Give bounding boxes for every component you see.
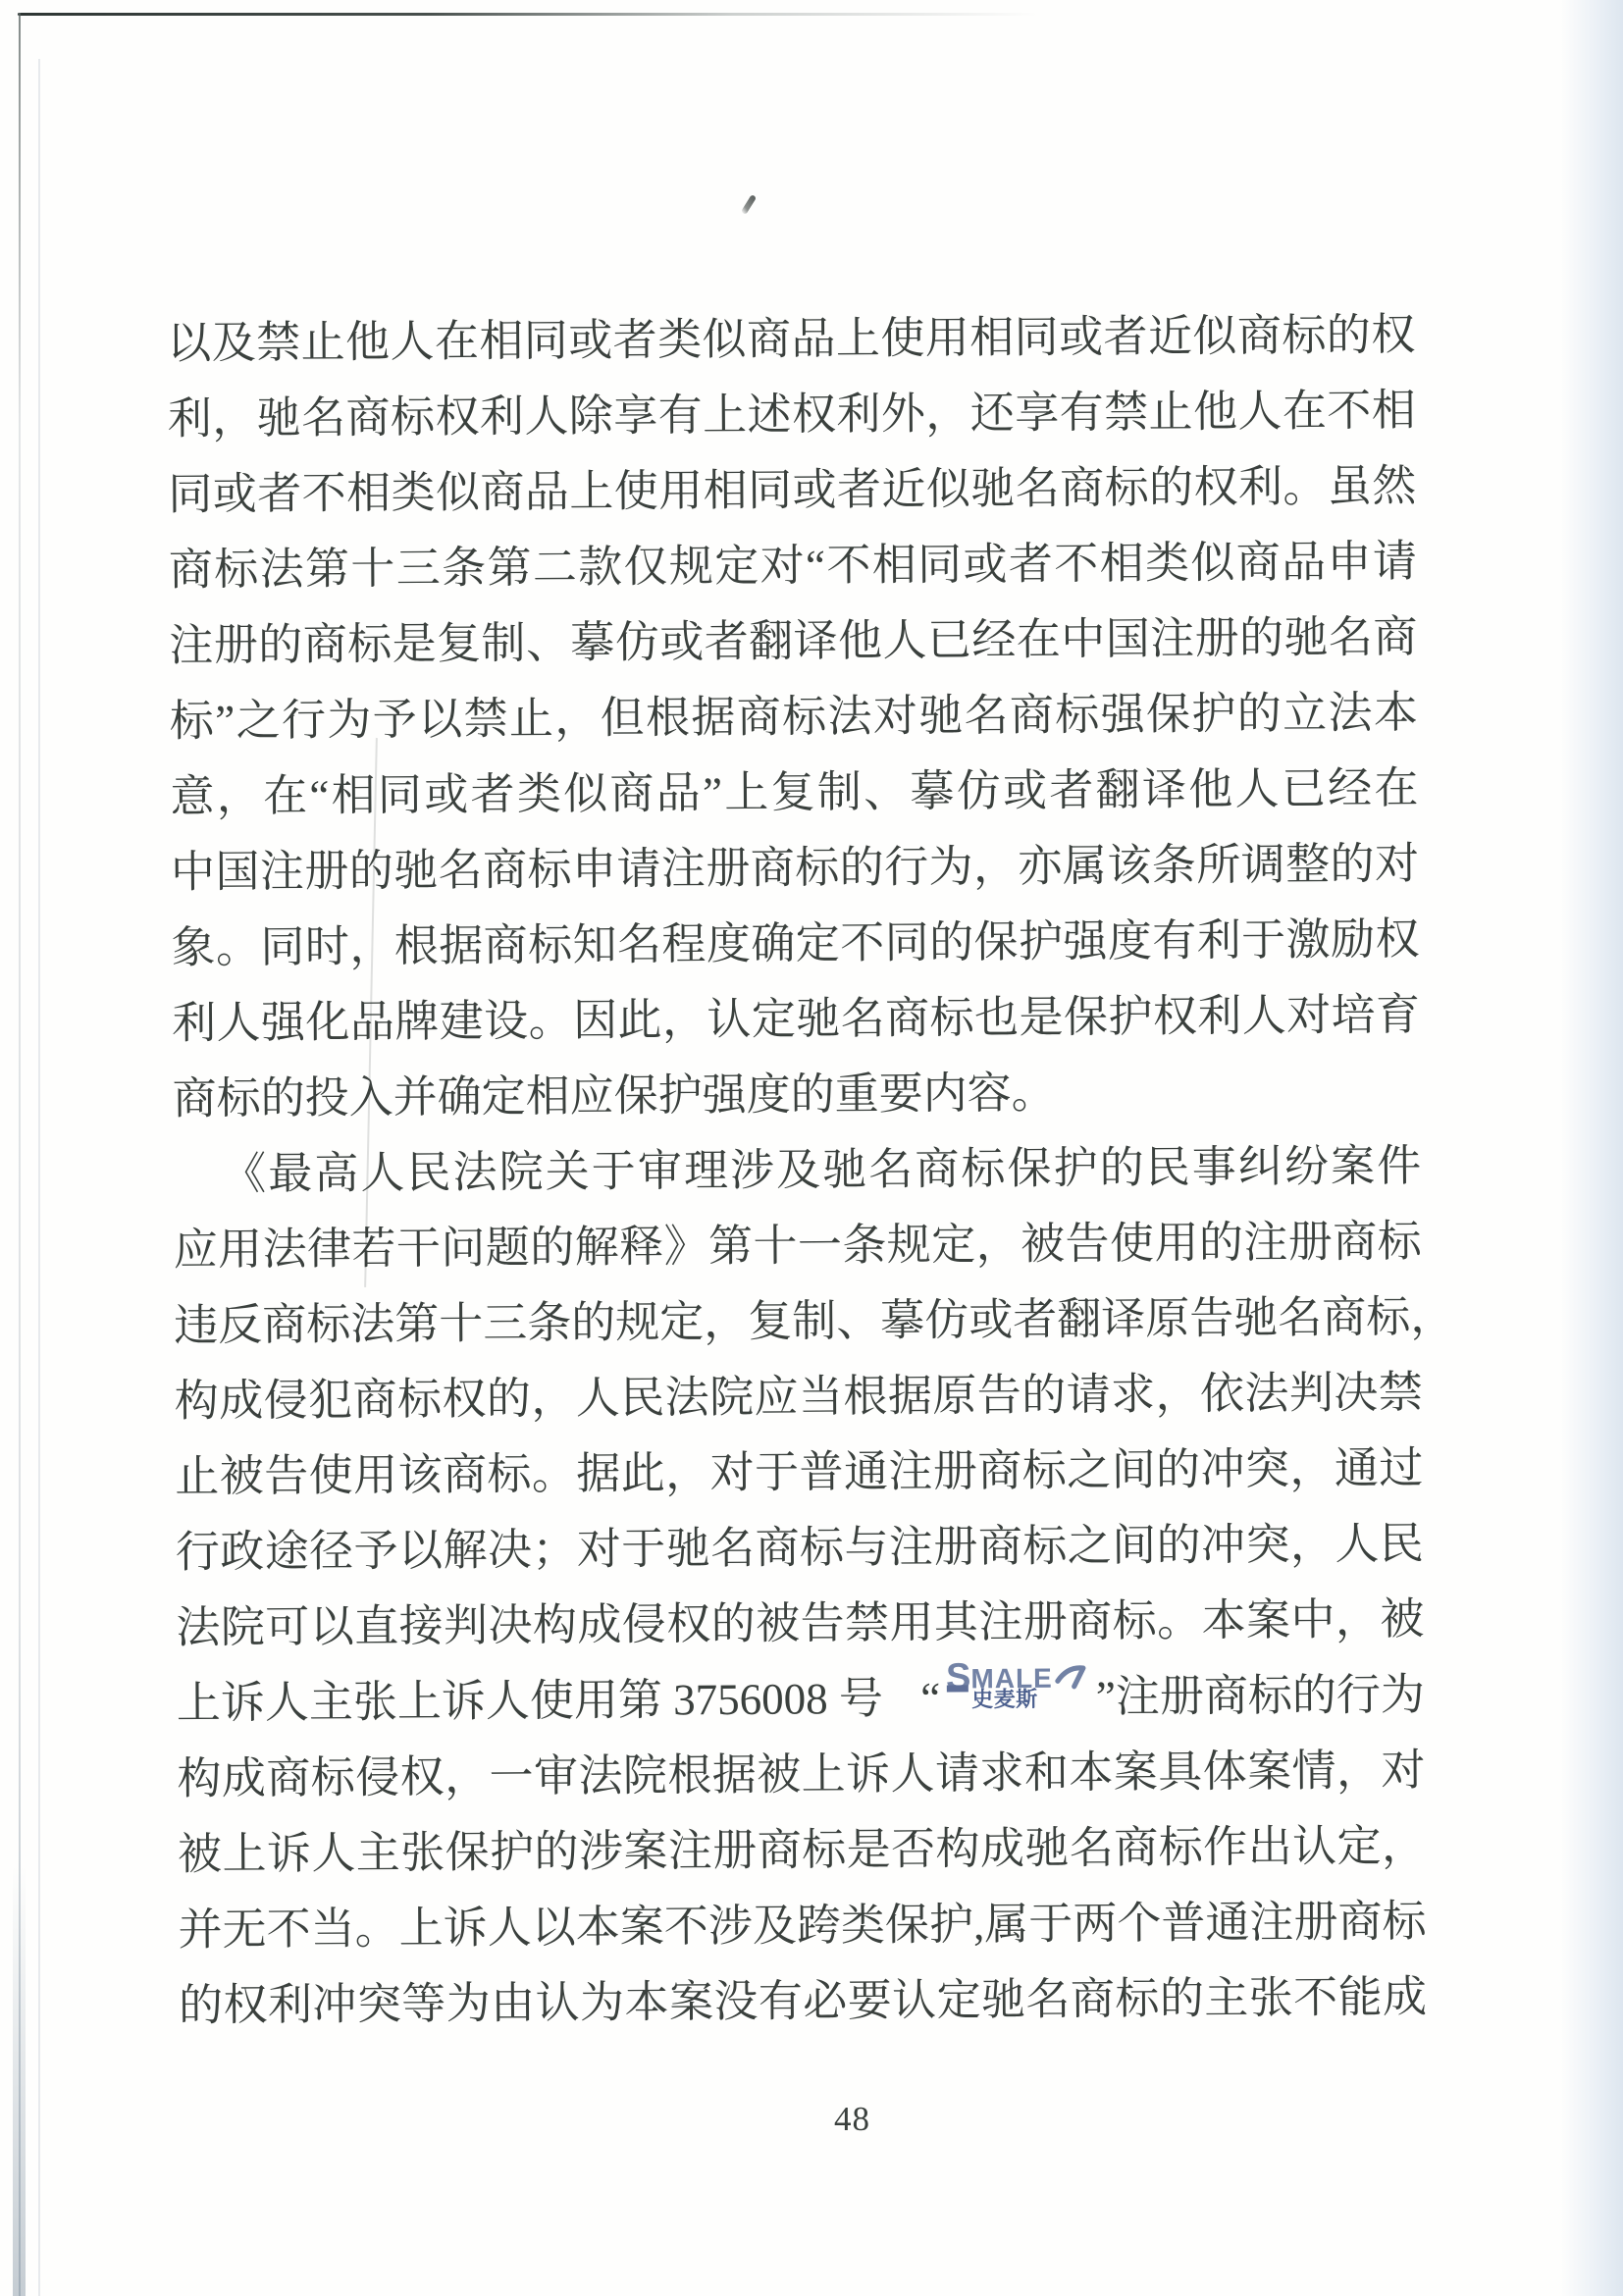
logo-cjk-text: 史麦斯 bbox=[971, 1689, 1038, 1710]
text-line: 商标的投入并确定相应保护强度的重要内容。 bbox=[172, 1053, 1421, 1137]
text-line: 构成侵犯商标权的，人民法院应当根据原告的请求，依法判决禁 bbox=[175, 1355, 1424, 1439]
trademark-group: “ SMALE 史麦斯 ” bbox=[920, 1659, 1116, 1736]
document-body: 以及禁止他人在相同或者类似商品上使用相同或者近似商标的权 利，驰名商标权利人除享… bbox=[167, 297, 1427, 2044]
text-line: 《最高人民法院关于审理涉及驰名商标保护的民事纠纷案件 bbox=[173, 1128, 1422, 1213]
pen-mark bbox=[741, 194, 757, 215]
text-line: 同或者不相类似商品上使用相同或者近似驰名商标的权利。虽然 bbox=[168, 448, 1417, 533]
text-line: 止被告使用该商标。据此，对于普通注册商标之间的冲突，通过 bbox=[175, 1431, 1424, 1515]
text-line: 法院可以直接判决构成侵权的被告禁用其注册商标。本案中，被 bbox=[176, 1582, 1425, 1666]
text-line: 注册的商标是复制、摹仿或者翻译他人已经在中国注册的驰名商 bbox=[169, 600, 1418, 684]
scanned-document-page: 以及禁止他人在相同或者类似商品上使用相同或者近似商标的权 利，驰名商标权利人除享… bbox=[0, 0, 1623, 2296]
text-line: 行政途径予以解决；对于驰名商标与注册商标之间的冲突，人民 bbox=[176, 1506, 1425, 1591]
text-line: 利，驰名商标权利人除享有上述权利外，还享有禁止他人在不相 bbox=[168, 373, 1417, 457]
line-text: 上诉人主张上诉人使用第 3756008 号 bbox=[177, 1661, 884, 1742]
logo-swoosh-icon bbox=[1055, 1661, 1090, 1689]
page-number: 48 bbox=[834, 2100, 893, 2139]
open-quote: “ bbox=[920, 1661, 941, 1737]
text-line: 象。同时，根据商标知名程度确定不同的保护强度有利于激励权 bbox=[171, 902, 1420, 986]
scan-top-edge-line bbox=[18, 13, 1038, 16]
text-line: 以及禁止他人在相同或者类似商品上使用相同或者近似商标的权 bbox=[167, 297, 1416, 382]
line-text: 注册商标的行为 bbox=[1116, 1657, 1426, 1735]
text-line: 商标法第十三条第二款仅规定对“不相同或者不相类似商品申请 bbox=[169, 524, 1418, 608]
text-line: 应用法律若干问题的解释》第十一条规定，被告使用的注册商标 bbox=[173, 1204, 1422, 1288]
scan-left-edge-line-faint bbox=[38, 59, 40, 2296]
text-line: 被上诉人主张保护的涉案注册商标是否构成驰名商标作出认定， bbox=[178, 1808, 1427, 1893]
text-line: 标”之行为予以禁止，但根据商标法对驰名商标强保护的立法本 bbox=[170, 675, 1419, 759]
text-line: 意，在“相同或者类似商品”上复制、摹仿或者翻译他人已经在 bbox=[170, 751, 1419, 835]
text-line: 利人强化品牌建设。因此，认定驰名商标也是保护权利人对培育 bbox=[172, 977, 1421, 1062]
text-line: 并无不当。上诉人以本案不涉及跨类保护,属于两个普通注册商标 bbox=[178, 1884, 1427, 1968]
text-line: 的权利冲突等为由认为本案没有必要认定驰名商标的主张不能成 bbox=[179, 1959, 1428, 2044]
logo-cjk-row: 史麦斯 bbox=[946, 1688, 1090, 1712]
scan-left-shadow bbox=[13, 1864, 26, 2296]
logo-dash-icon bbox=[947, 1685, 969, 1692]
scan-right-shadow bbox=[1560, 0, 1623, 2296]
smales-logo: SMALE 史麦斯 bbox=[946, 1660, 1090, 1712]
text-line: 违反商标法第十三条的规定，复制、摹仿或者翻译原告驰名商标， bbox=[174, 1279, 1423, 1364]
text-line-with-trademark: 上诉人主张上诉人使用第 3756008 号 “ SMALE 史麦斯 ” bbox=[177, 1657, 1426, 1742]
text-line: 构成商标侵权，一审法院根据被上诉人请求和本案具体案情，对 bbox=[177, 1733, 1426, 1817]
text-line: 中国注册的驰名商标申请注册商标的行为，亦属该条所调整的对 bbox=[171, 826, 1420, 911]
close-quote: ” bbox=[1096, 1659, 1117, 1735]
